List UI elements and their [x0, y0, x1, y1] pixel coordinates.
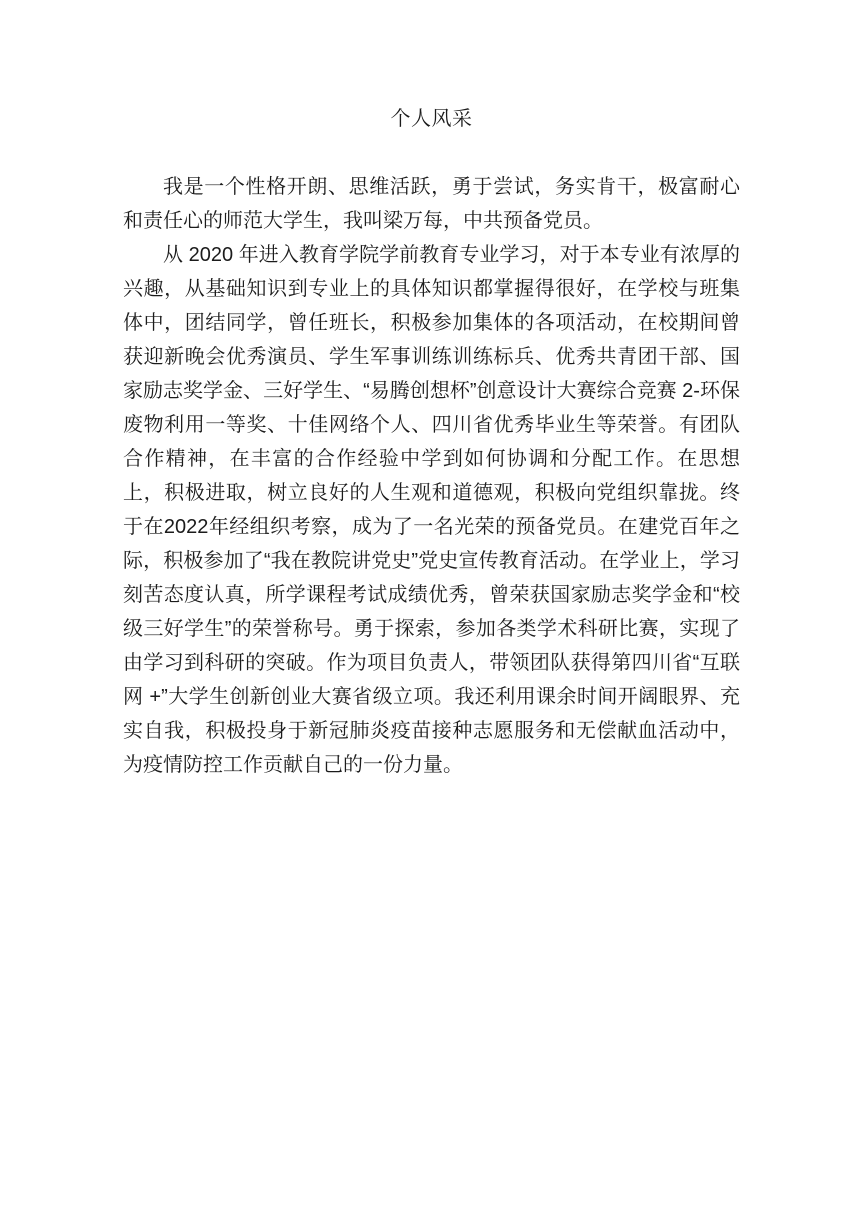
document-title: 个人风采: [123, 102, 740, 136]
paragraph-intro: 我是一个性格开朗、思维活跃，勇于尝试，务实肯干，极富耐心和责任心的师范大学生，我…: [123, 170, 740, 238]
document-page: 个人风采 我是一个性格开朗、思维活跃，勇于尝试，务实肯干，极富耐心和责任心的师范…: [0, 0, 864, 1222]
document-content: 个人风采 我是一个性格开朗、思维活跃，勇于尝试，务实肯干，极富耐心和责任心的师范…: [0, 0, 864, 782]
paragraph-body: 从 2020 年进入教育学院学前教育专业学习，对于本专业有浓厚的兴趣，从基础知识…: [123, 238, 740, 782]
